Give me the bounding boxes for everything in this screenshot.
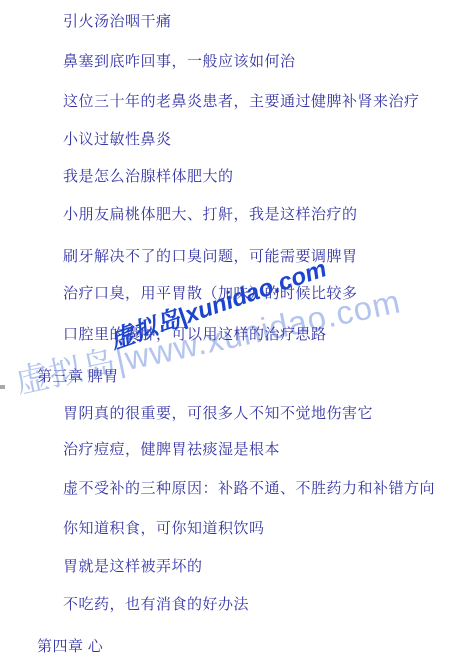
toc-entry[interactable]: 这位三十年的老鼻炎患者，主要通过健脾补肾来治疗	[63, 92, 420, 112]
toc-entry[interactable]: 我是怎么治腺样体肥大的	[63, 167, 234, 187]
toc-entry[interactable]: 胃阴真的很重要，可很多人不知不觉地伤害它	[63, 404, 373, 424]
toc-list: 引火汤治咽干痛鼻塞到底咋回事，一般应该如何治这位三十年的老鼻炎患者，主要通过健脾…	[0, 0, 450, 671]
toc-entry[interactable]: 虚不受补的三种原因：补路不通、不胜药力和补错方向	[63, 479, 435, 499]
toc-entry[interactable]: 胃就是这样被弄坏的	[63, 557, 203, 577]
toc-entry[interactable]: 刷牙解决不了的口臭问题，可能需要调脾胃	[63, 247, 358, 267]
chapter-heading[interactable]: 第四章 心	[37, 637, 103, 657]
toc-entry[interactable]: 不吃药，也有消食的好办法	[63, 595, 249, 615]
toc-entry[interactable]: 小朋友扁桃体肥大、打鼾，我是这样治疗的	[63, 205, 358, 225]
toc-entry[interactable]: 你知道积食，可你知道积饮吗	[63, 519, 265, 539]
toc-entry[interactable]: 治疗口臭，用平胃散（加味）的时候比较多	[63, 284, 358, 304]
toc-entry[interactable]: 引火汤治咽干痛	[63, 12, 172, 32]
toc-entry[interactable]: 治疗痘痘，健脾胃祛痰湿是根本	[63, 440, 280, 460]
toc-entry[interactable]: 小议过敏性鼻炎	[63, 130, 172, 150]
chapter-heading[interactable]: 第三章 脾胃	[37, 367, 119, 387]
document-page: 虚拟岛|www.xunidao.com 引火汤治咽干痛鼻塞到底咋回事，一般应该如…	[0, 0, 450, 671]
toc-entry[interactable]: 口腔里的囊肿，可以用这样的治疗思路	[63, 325, 327, 345]
toc-entry[interactable]: 鼻塞到底咋回事，一般应该如何治	[63, 52, 296, 72]
